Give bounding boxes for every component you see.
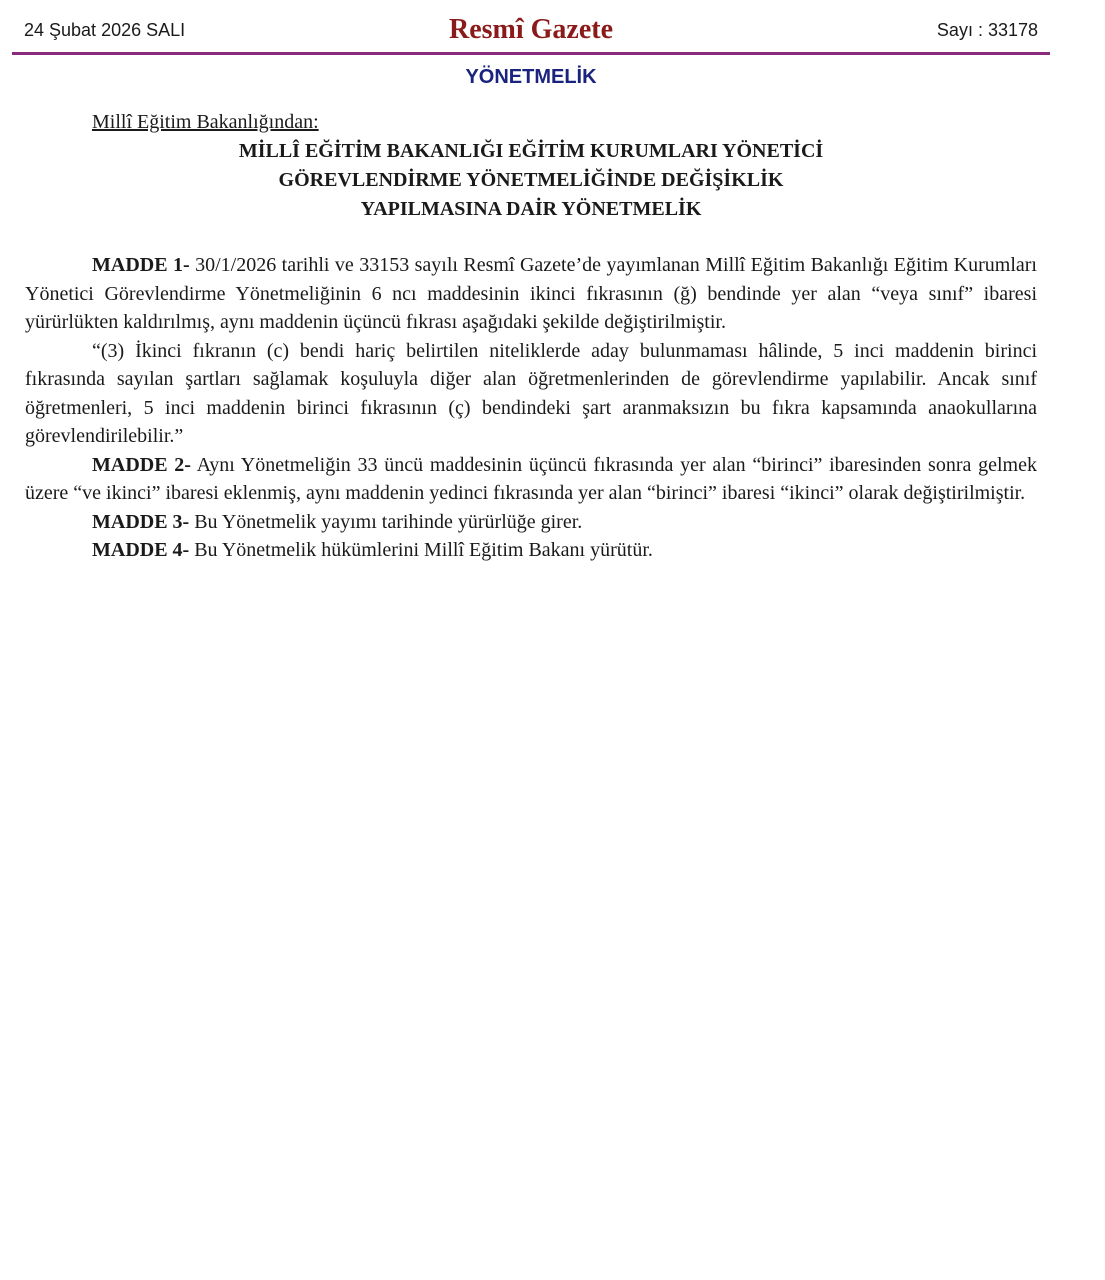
regulation-body: MADDE 1- 30/1/2026 tarihli ve 33153 sayı…	[25, 251, 1037, 565]
article-label: MADDE 3-	[92, 511, 189, 533]
article-paragraph: “(3) İkinci fıkranın (c) bendi hariç bel…	[25, 337, 1037, 451]
article-paragraph: MADDE 4- Bu Yönetmelik hükümlerini Millî…	[25, 536, 1037, 565]
article-text: Bu Yönetmelik hükümlerini Millî Eğitim B…	[189, 539, 653, 561]
gazette-header: 24 Şubat 2026 SALI Resmî Gazete Sayı : 3…	[12, 14, 1050, 55]
section-heading: YÖNETMELİK	[0, 66, 1062, 89]
article-paragraph: MADDE 2- Aynı Yönetmeliğin 33 üncü madde…	[25, 451, 1037, 508]
regulation-title-line: GÖREVLENDİRME YÖNETMELİĞİNDE DEĞİŞİKLİK	[20, 166, 1042, 195]
article-label: MADDE 2-	[92, 454, 191, 476]
regulation-title: MİLLÎ EĞİTİM BAKANLIĞI EĞİTİM KURUMLARI …	[20, 137, 1042, 224]
regulation-title-line: YAPILMASINA DAİR YÖNETMELİK	[20, 195, 1042, 224]
article-text: “(3) İkinci fıkranın (c) bendi hariç bel…	[25, 340, 1037, 448]
issue-number: Sayı : 33178	[937, 20, 1038, 41]
gazette-title: Resmî Gazete	[12, 14, 1050, 46]
article-paragraph: MADDE 1- 30/1/2026 tarihli ve 33153 sayı…	[25, 251, 1037, 337]
article-label: MADDE 4-	[92, 539, 189, 561]
regulation-title-line: MİLLÎ EĞİTİM BAKANLIĞI EĞİTİM KURUMLARI …	[20, 137, 1042, 166]
article-paragraph: MADDE 3- Bu Yönetmelik yayımı tarihinde …	[25, 508, 1037, 537]
issuing-ministry: Millî Eğitim Bakanlığından:	[92, 111, 319, 134]
article-text: Bu Yönetmelik yayımı tarihinde yürürlüğe…	[189, 511, 582, 533]
article-label: MADDE 1-	[92, 254, 190, 276]
